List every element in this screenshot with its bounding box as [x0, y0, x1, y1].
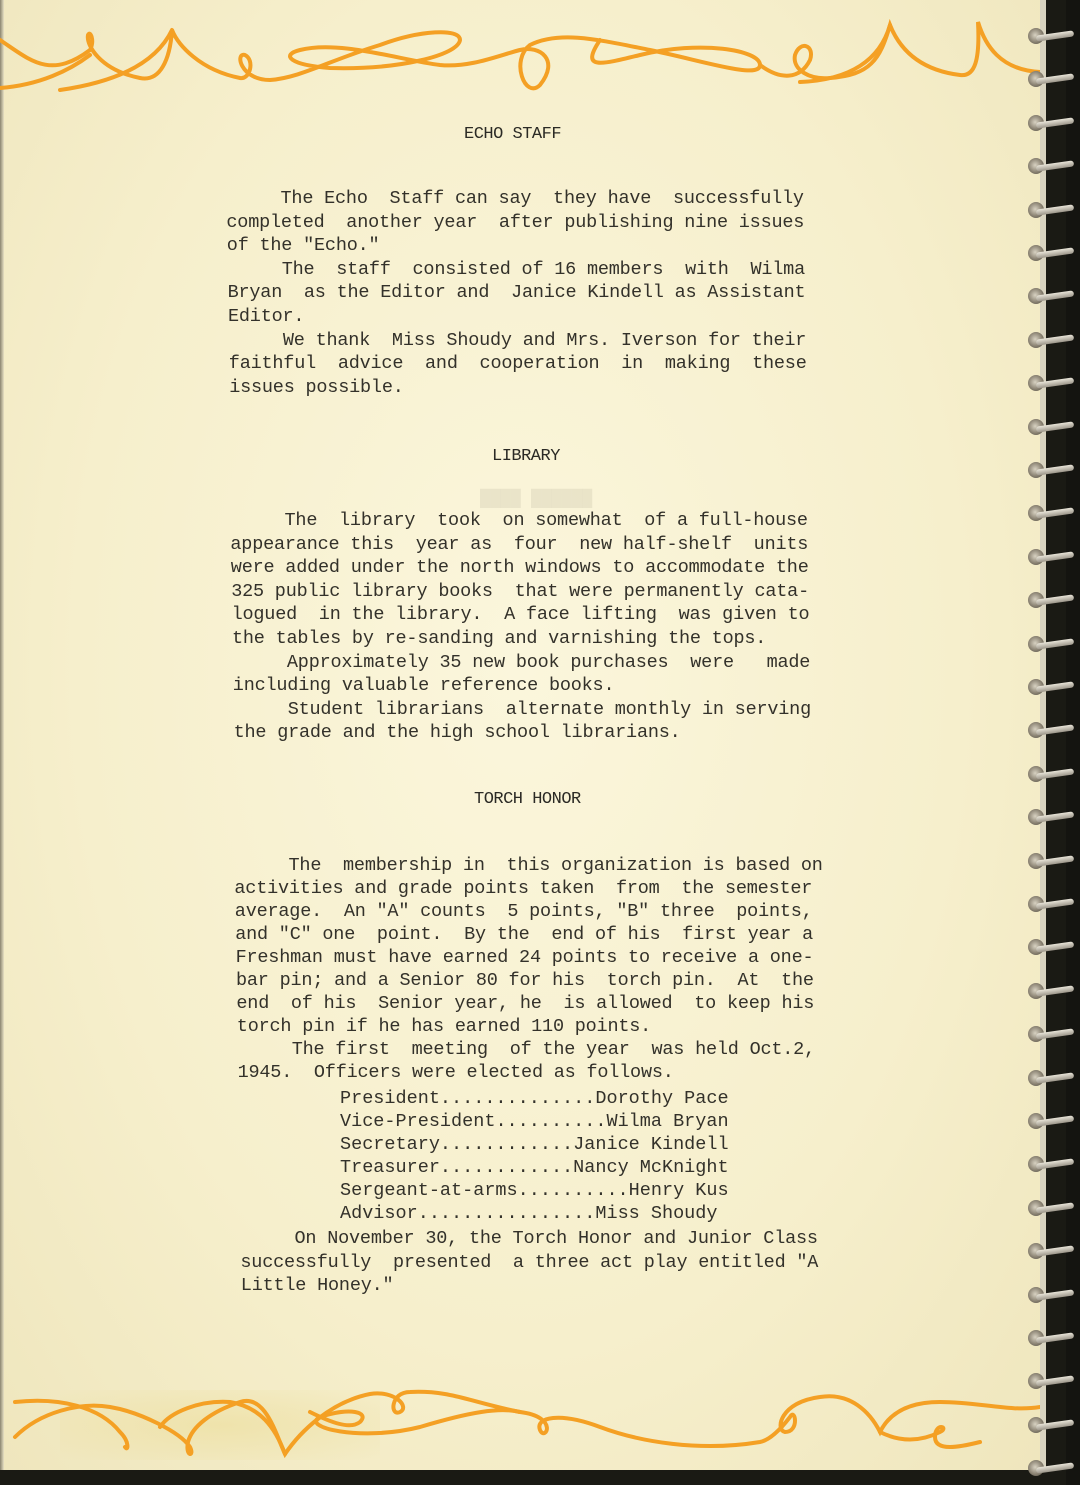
officer-row: Sergeant-at-arms..........Henry Kus: [340, 1180, 729, 1201]
spiral-coil: [1028, 722, 1074, 740]
top-flourish-border: [0, 0, 1040, 110]
leader-dots: ..........: [518, 1180, 629, 1201]
torch-honor-line: bar pin; and a Senior 80 for his torch p…: [236, 970, 814, 991]
echo-staff-line: of the "Echo.": [227, 235, 380, 256]
torch-honor-line: The first meeting of the year was held O…: [237, 1039, 815, 1060]
echo-staff-line: issues possible.: [229, 377, 403, 398]
spiral-coil: [1028, 1200, 1074, 1218]
bottom-flourish-border: [0, 1372, 1040, 1482]
officer-role: Advisor: [340, 1203, 418, 1224]
spiral-coil: [1028, 679, 1074, 697]
officer-row: Vice-President..........Wilma Bryan: [340, 1111, 729, 1132]
leader-dots: ................: [418, 1203, 596, 1224]
leader-dots: ..............: [440, 1088, 595, 1109]
spiral-coil: [1028, 1373, 1074, 1391]
library-line: logued in the library. A face lifting wa…: [232, 604, 810, 625]
library-line: including valuable reference books.: [233, 675, 615, 696]
spiral-coil: [1028, 1156, 1074, 1174]
echo-staff-line: The Echo Staff can say they have success…: [226, 188, 804, 209]
spiral-coil: [1028, 245, 1074, 263]
library-line: Student librarians alternate monthly in …: [233, 699, 811, 720]
officer-row: Advisor................Miss Shoudy: [340, 1203, 717, 1224]
spiral-coil: [1028, 1026, 1074, 1044]
leader-dots: ..........: [495, 1111, 606, 1132]
section-title-echo-staff: ECHO STAFF: [464, 125, 561, 144]
spiral-coil: [1028, 939, 1074, 957]
torch-honor-line: 1945. Officers were elected as follows.: [238, 1062, 674, 1083]
officer-name: Dorothy Pace: [595, 1088, 728, 1109]
library-line: The library took on somewhat of a full-h…: [230, 510, 808, 531]
spiral-coil: [1028, 1287, 1074, 1305]
library-line: the grade and the high school librarians…: [234, 722, 681, 743]
spiral-coil: [1028, 1330, 1074, 1348]
spiral-coil: [1028, 202, 1074, 220]
spiral-coil: [1028, 462, 1074, 480]
library-line: appearance this year as four new half-sh…: [230, 534, 808, 555]
spiral-coil: [1028, 636, 1074, 654]
spiral-coil: [1028, 505, 1074, 523]
torch-honor-closing-line: successfully presented a three act play …: [240, 1252, 818, 1273]
officer-row: Secretary............Janice Kindell: [340, 1134, 729, 1155]
torch-honor-line: The membership in this organization is b…: [234, 855, 823, 876]
echo-staff-line: Bryan as the Editor and Janice Kindell a…: [228, 282, 806, 303]
echo-staff-line: We thank Miss Shoudy and Mrs. Iverson fo…: [228, 330, 806, 351]
spiral-coil: [1028, 158, 1074, 176]
spiral-coil: [1028, 1243, 1074, 1261]
echo-staff-line: faithful advice and cooperation in makin…: [229, 353, 807, 374]
spiral-coil: [1028, 71, 1074, 89]
spiral-coil: [1028, 332, 1074, 350]
officer-row: President..............Dorothy Pace: [340, 1088, 729, 1109]
officer-role: Secretary: [340, 1134, 440, 1155]
library-line: Approximately 35 new book purchases were…: [232, 652, 810, 673]
torch-honor-line: activities and grade points taken from t…: [234, 878, 812, 899]
officer-role: Sergeant-at-arms: [340, 1180, 518, 1201]
spiral-coil: [1028, 549, 1074, 567]
spiral-coil: [1028, 766, 1074, 784]
spiral-coil: [1028, 28, 1074, 46]
library-line: 325 public library books that were perma…: [231, 581, 809, 602]
torch-honor-line: end of his Senior year, he is allowed to…: [236, 993, 814, 1014]
show-through-text: ████ ██████: [480, 490, 592, 509]
spiral-coil: [1028, 1460, 1074, 1478]
leader-dots: ............: [440, 1157, 573, 1178]
yearbook-page: ████ ██████ ECHO STAFF The Echo Staff ca…: [0, 0, 1046, 1470]
leader-dots: ............: [440, 1134, 573, 1155]
spiral-coil: [1028, 1070, 1074, 1088]
officer-name: Nancy McKnight: [573, 1157, 728, 1178]
spiral-coil: [1028, 419, 1074, 437]
officer-name: Henry Kus: [629, 1180, 729, 1201]
library-line: were added under the north windows to ac…: [231, 557, 809, 578]
torch-honor-line: torch pin if he has earned 110 points.: [237, 1016, 651, 1037]
spiral-coil: [1028, 896, 1074, 914]
torch-honor-closing-line: Little Honey.": [241, 1275, 394, 1296]
spiral-coil: [1028, 983, 1074, 1001]
spiral-binding: [1020, 0, 1080, 1485]
section-title-torch-honor: TORCH HONOR: [474, 790, 581, 809]
spiral-coil: [1028, 809, 1074, 827]
officer-role: President: [340, 1088, 440, 1109]
spiral-coil: [1028, 853, 1074, 871]
torch-honor-closing-line: On November 30, the Torch Honor and Juni…: [240, 1228, 818, 1249]
spiral-coil: [1028, 1113, 1074, 1131]
section-title-library: LIBRARY: [492, 447, 560, 466]
echo-staff-line: Editor.: [228, 306, 304, 327]
spiral-coil: [1028, 1417, 1074, 1435]
spiral-coil: [1028, 115, 1074, 133]
officer-name: Janice Kindell: [573, 1134, 728, 1155]
spiral-coil: [1028, 288, 1074, 306]
officer-role: Vice-President: [340, 1111, 495, 1132]
torch-honor-line: average. An "A" counts 5 points, "B" thr…: [235, 901, 813, 922]
officer-name: Miss Shoudy: [595, 1203, 717, 1224]
spiral-coil: [1028, 592, 1074, 610]
torch-honor-line: Freshman must have earned 24 points to r…: [236, 947, 814, 968]
officer-row: Treasurer............Nancy McKnight: [340, 1157, 729, 1178]
spiral-coil: [1028, 375, 1074, 393]
echo-staff-line: completed another year after publishing …: [226, 212, 804, 233]
officer-role: Treasurer: [340, 1157, 440, 1178]
torch-honor-line: and "C" one point. By the end of his fir…: [235, 924, 813, 945]
echo-staff-line: The staff consisted of 16 members with W…: [227, 259, 805, 280]
library-line: the tables by re-sanding and varnishing …: [232, 628, 766, 649]
officer-name: Wilma Bryan: [606, 1111, 728, 1132]
